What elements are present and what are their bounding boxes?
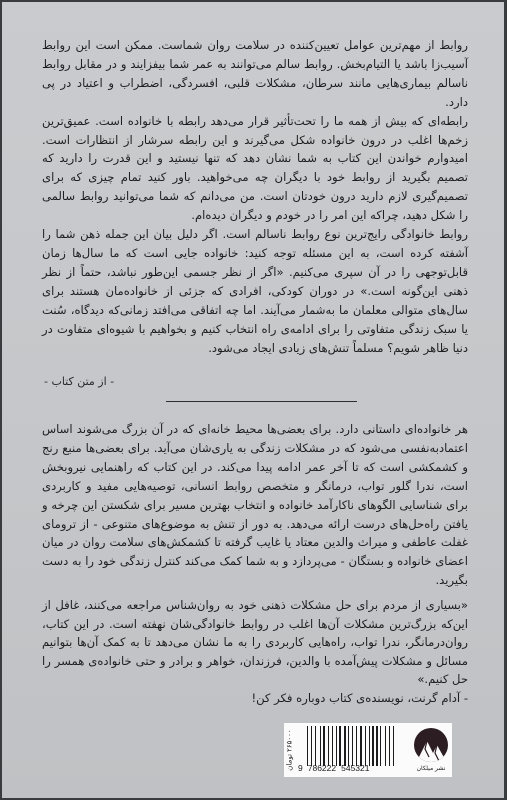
barcode-bar [395,726,396,766]
barcode-bar [376,726,377,766]
barcode-bar [352,726,353,766]
excerpt-attribution: - از متن کتاب - [44,375,114,388]
barcode-bar [336,726,337,766]
barcode-bar [366,726,367,766]
excerpt-paragraph: روابط خانوادگی رایج‌ترین نوع روابط ناسال… [42,225,468,357]
barcode-bar [354,726,355,766]
section-divider [166,401,357,402]
barcode-bar [393,726,394,766]
barcode-icon [307,726,397,766]
barcode-bar [369,726,370,766]
barcode-bar [322,726,323,766]
barcode-bar [317,726,319,766]
barcode-label: ۲۶۵۰۰۰ تومان 9 786222 545321 نشر میلکان [284,723,452,777]
barcode-bar [385,726,386,766]
endorsement: «بسیاری از مردم برای حل مشکلات ذهنی خود … [42,596,468,708]
price-label: ۲۶۵۰۰۰ تومان [284,723,296,777]
endorsement-quote: «بسیاری از مردم برای حل مشکلات ذهنی خود … [42,596,468,689]
publisher-name: نشر میلکان [413,765,449,772]
barcode-bar [309,726,310,766]
barcode-bar [323,726,324,766]
description-paragraph: هر خانواده‌ای داستانی دارد. برای بعضی‌ها… [42,420,468,590]
endorsement-author: - آدام گرنت، نویسنده‌ی کتاب دوباره فکر ک… [42,689,468,708]
barcode-bar [315,726,316,766]
barcode-bar [379,726,380,766]
barcode-bar [347,726,348,766]
barcode-bar [307,726,308,766]
barcode-bar [371,726,372,766]
barcode-bar [360,726,362,766]
book-excerpt: روابط از مهم‌ترین عوامل تعیین‌کننده در س… [42,36,468,357]
barcode-bar [348,726,349,766]
barcode-bar [313,726,314,766]
excerpt-paragraph: رابطه‌ای که بیش از همه ما را تحت‌تأثیر ق… [42,112,468,225]
publisher-logo: نشر میلکان [413,727,449,775]
barcode-bar [311,726,312,766]
barcode-bar [363,726,364,766]
isbn-group-2: 545321 [341,763,369,775]
barcode-bar [350,726,351,766]
barcode-bar [329,726,330,766]
barcode-bar [380,726,381,766]
barcode-bar [375,726,376,766]
barcode-bar [328,726,329,766]
book-back-cover: روابط از مهم‌ترین عوامل تعیین‌کننده در س… [2,2,504,798]
book-description: هر خانواده‌ای داستانی دارد. برای بعضی‌ها… [42,420,468,590]
isbn-prefix: 9 [298,763,303,775]
barcode-bar [358,726,359,766]
isbn-number: 9 786222 545321 [298,763,408,775]
barcode-bar [326,726,327,766]
barcode-bar [344,726,345,766]
mountain-circle-logo-icon [413,727,449,763]
barcode-bar [338,726,339,766]
barcode-bar [342,726,343,766]
barcode-bar [389,726,390,766]
price-text: ۲۶۵۰۰۰ تومان [286,729,294,770]
isbn-group-1: 786222 [308,763,336,775]
barcode-bar [356,726,357,766]
barcode-bar [372,726,373,766]
barcode-bar [391,726,392,766]
barcode-bar [332,726,333,766]
barcode-bar [320,726,321,766]
excerpt-paragraph: روابط از مهم‌ترین عوامل تعیین‌کننده در س… [42,36,468,112]
barcode-bar [334,726,335,766]
barcode-bar [365,726,366,766]
barcode-bar [339,726,341,766]
barcode-bar [382,726,384,766]
barcode-bar [387,726,388,766]
